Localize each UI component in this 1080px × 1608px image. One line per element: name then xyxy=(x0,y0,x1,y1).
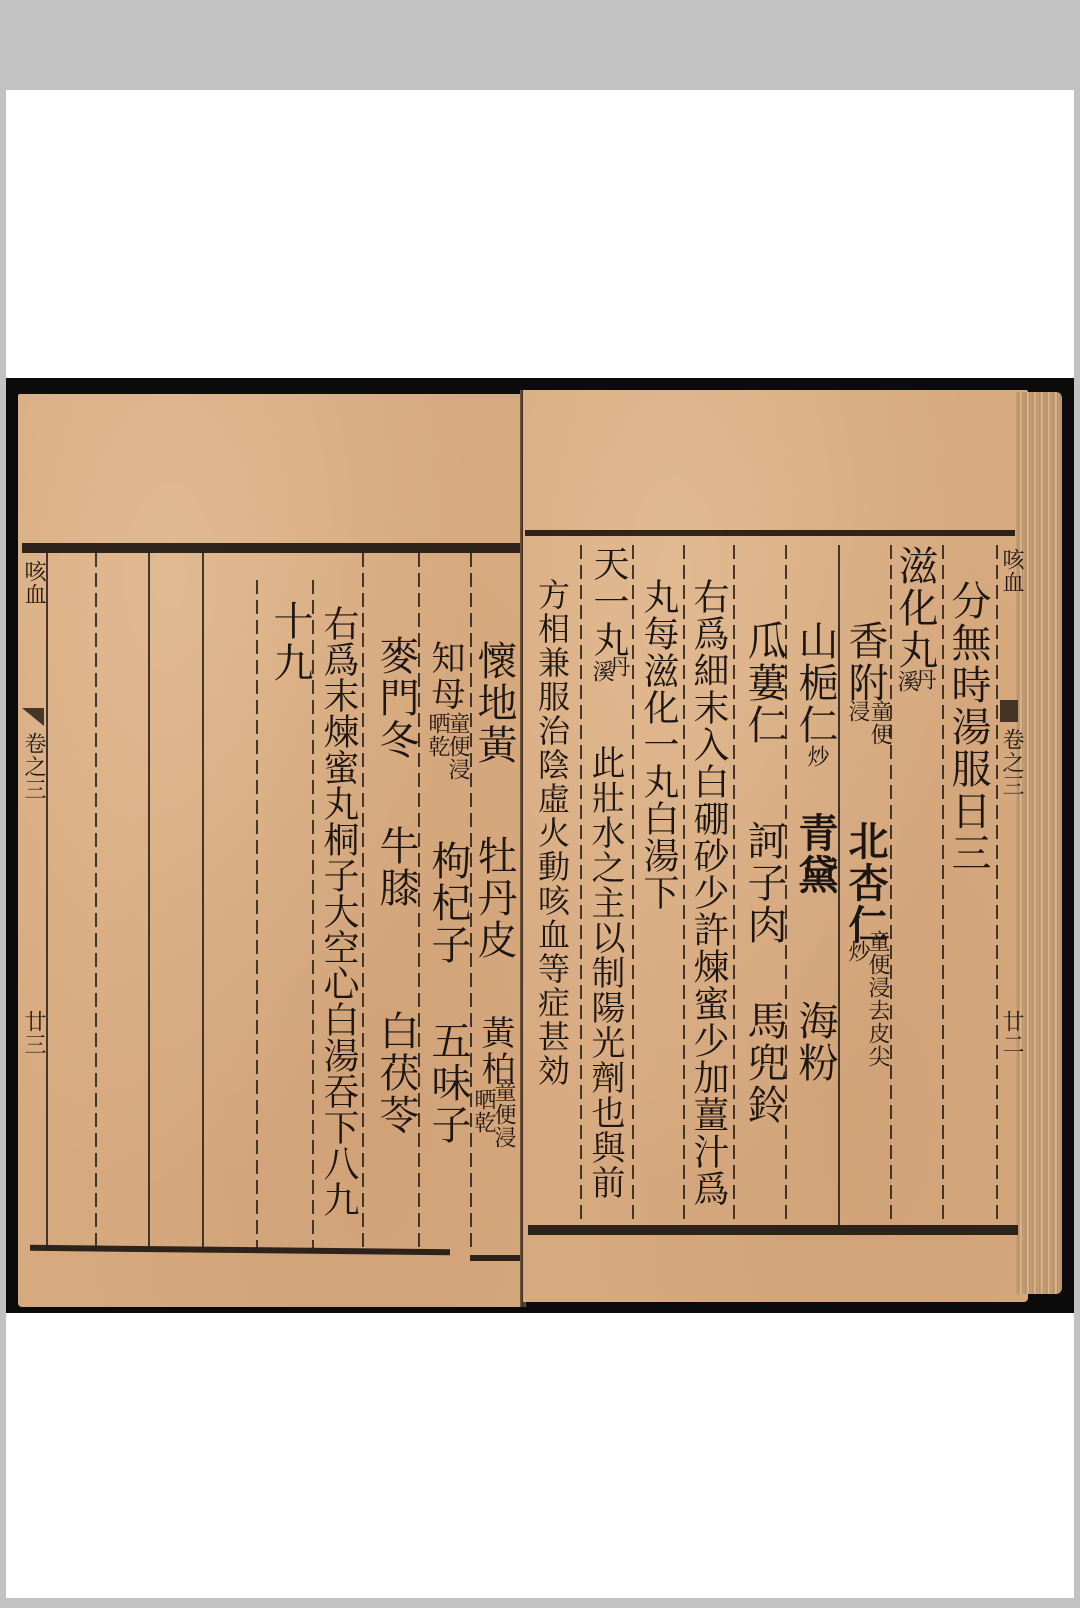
ingredient-baifuling: 白茯苓 xyxy=(376,1010,416,1136)
column-rule xyxy=(148,553,150,1248)
ingredient-note: 炒 xyxy=(846,940,868,963)
margin-volume: 卷之三 xyxy=(1000,728,1022,797)
ingredient-huaidihuang: 懷地黃 xyxy=(474,640,514,766)
ingredient-huangbai: 黃柏 xyxy=(478,1015,512,1087)
source-note: 溪 xyxy=(895,670,917,693)
left-margin-volume: 卷之三 xyxy=(22,732,44,801)
ingredient-beixingren: 北杏仁 xyxy=(845,820,885,946)
ingredient-note: 晒乾 xyxy=(426,712,448,758)
column-rule xyxy=(632,545,634,1225)
formula-indications: 方相兼服治陰虛火動咳血等症甚効 xyxy=(536,578,568,1088)
left-bottom-border-end xyxy=(470,1255,520,1261)
margin-title: 咳血 xyxy=(1000,548,1022,594)
ingredient-note: 晒乾 xyxy=(472,1088,494,1134)
ingredient-mudanpi: 牡丹皮 xyxy=(474,835,514,961)
left-margin-rule xyxy=(46,553,48,1248)
right-margin-rule xyxy=(996,545,998,1225)
ingredient-note: 炒 xyxy=(805,745,827,768)
column-rule xyxy=(683,545,685,1225)
margin-page-number: 廿二 xyxy=(1000,1010,1022,1056)
left-margin-page-number: 廿三 xyxy=(22,1010,44,1056)
formula-name-tianyi-wan: 天一丸 xyxy=(590,545,626,659)
left-top-border xyxy=(22,543,520,553)
ingredient-note: 童便 xyxy=(868,700,890,746)
dosage-continuation: 十九 xyxy=(270,600,310,684)
ingredient-zhimu: 知母 xyxy=(428,640,462,712)
column-rule xyxy=(942,545,944,1225)
preparation-instructions: 右爲細末入白硼砂少許煉蜜少加薑汁爲 xyxy=(690,578,726,1207)
text-column-1: 分無時湯服日三 xyxy=(948,580,988,874)
fishtail-mark xyxy=(1000,700,1018,722)
right-bottom-border xyxy=(528,1225,1018,1235)
ingredient-madouling: 馬兜鈴 xyxy=(744,1000,784,1126)
ingredient-maimendong: 麥門冬 xyxy=(376,635,416,761)
preparation-instructions: 右爲末煉蜜丸桐子大空心白湯吞下八九 xyxy=(320,605,356,1217)
column-rule xyxy=(202,553,204,1248)
ingredient-hezirou: 訶子肉 xyxy=(744,820,784,946)
fore-edge-pages xyxy=(1016,392,1062,1294)
column-rule xyxy=(256,580,258,1248)
column-rule xyxy=(95,553,97,1248)
formula-name-zihua-wan: 滋化丸 xyxy=(895,545,935,671)
ingredient-niuxi: 牛膝 xyxy=(376,825,416,909)
ingredient-qingdai: 青黛 xyxy=(795,812,835,896)
ingredient-haifen: 海粉 xyxy=(795,1000,835,1084)
column-rule xyxy=(580,545,582,1225)
ingredient-xiangfu: 香附 xyxy=(845,620,885,704)
formula-description: 此壯水之主以制陽光劑也與前 xyxy=(588,745,622,1200)
ingredient-gouqizi: 枸杞子 xyxy=(428,840,468,966)
ingredient-wuweizi: 五味子 xyxy=(428,1020,468,1146)
dosage-instructions: 丸每滋化一丸白湯下 xyxy=(640,578,676,911)
right-top-border xyxy=(525,530,1015,536)
ingredient-gualouren: 瓜蔞仁 xyxy=(744,620,784,746)
ingredient-note: 浸 xyxy=(846,700,868,723)
source-note: 溪 xyxy=(590,660,612,683)
column-rule xyxy=(733,545,735,1225)
left-margin-title: 咳血 xyxy=(22,560,44,606)
column-rule xyxy=(362,553,364,1248)
ingredient-shanzhiren: 山梔仁 xyxy=(795,620,835,746)
